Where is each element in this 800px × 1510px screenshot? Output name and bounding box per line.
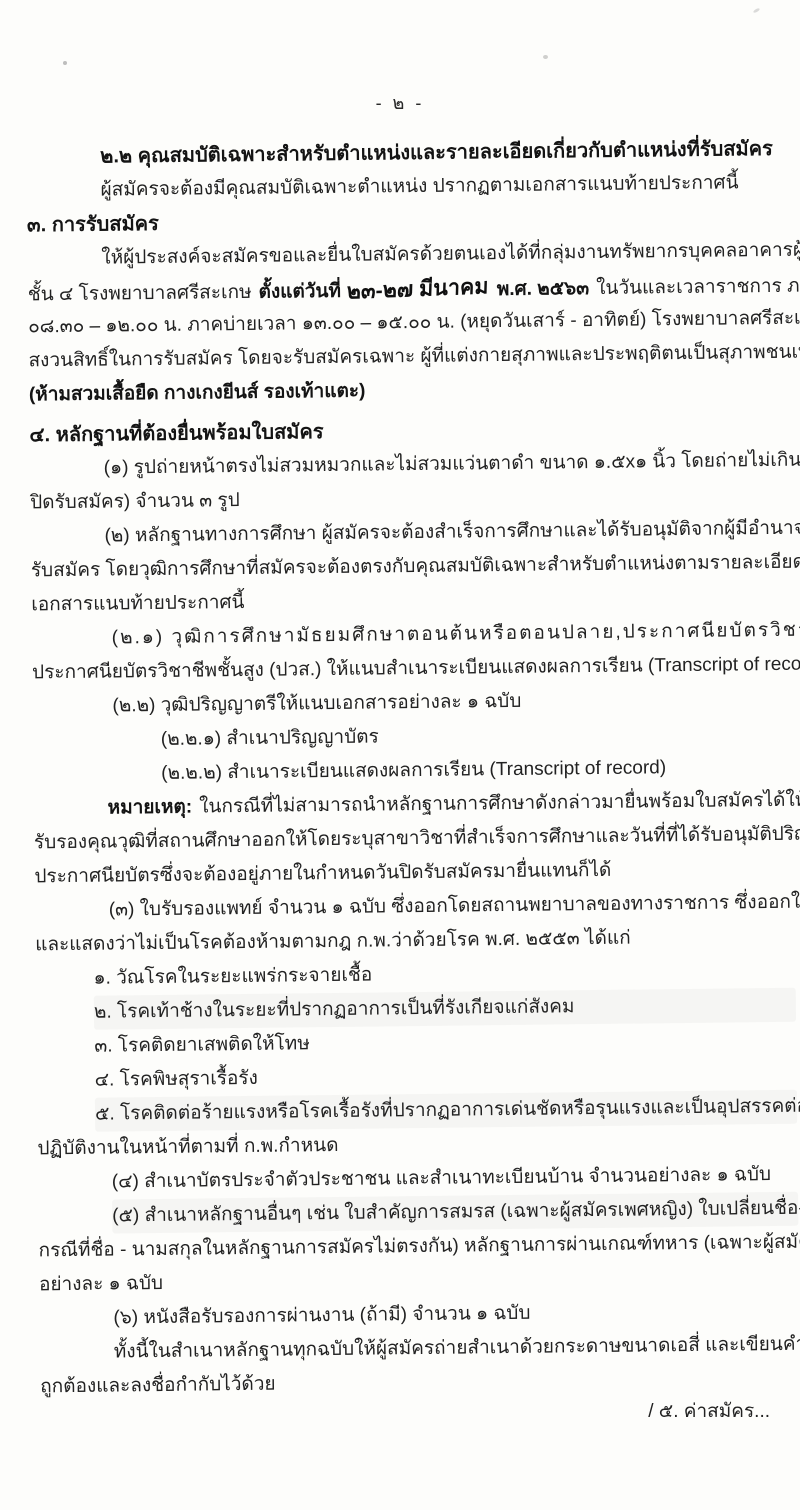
scanned-document-page: - ๒ - ๒.๒ คุณสมบัติเฉพาะสำหรับตำแหน่งและ… bbox=[0, 0, 800, 1510]
page-number: - ๒ - bbox=[0, 88, 800, 117]
scan-speck bbox=[63, 61, 67, 65]
doc-text-bold: ตั้งแต่วันที่ bbox=[258, 281, 341, 303]
scan-speck bbox=[753, 7, 761, 13]
handwritten-date: ๒๓-๒๗ มีนาคม bbox=[346, 269, 489, 309]
doc-line: (ห้ามสวมเสื้อยืด กางเกงยีนส์ รองเท้าแตะ) bbox=[29, 370, 789, 413]
page-continuation-mark: / ๕. ค่าสมัคร... bbox=[648, 1396, 770, 1426]
doc-text: ชั้น ๔ โรงพยาบาลศรีสะเกษ bbox=[28, 282, 252, 306]
doc-text: ในวันและเวลาราชการ ภาคเช้าเวลา bbox=[596, 275, 800, 299]
doc-text: ในกรณีที่ไม่สามารถนำหลักฐานการศึกษาดังกล… bbox=[199, 789, 800, 818]
note-label: หมายเหตุ: bbox=[107, 797, 192, 819]
document-body: ๒.๒ คุณสมบัติเฉพาะสำหรับตำแหน่งและรายละเ… bbox=[26, 132, 800, 1405]
scan-speck bbox=[543, 55, 548, 59]
doc-text-bold: พ.ศ. ๒๕๖๓ bbox=[497, 278, 590, 300]
